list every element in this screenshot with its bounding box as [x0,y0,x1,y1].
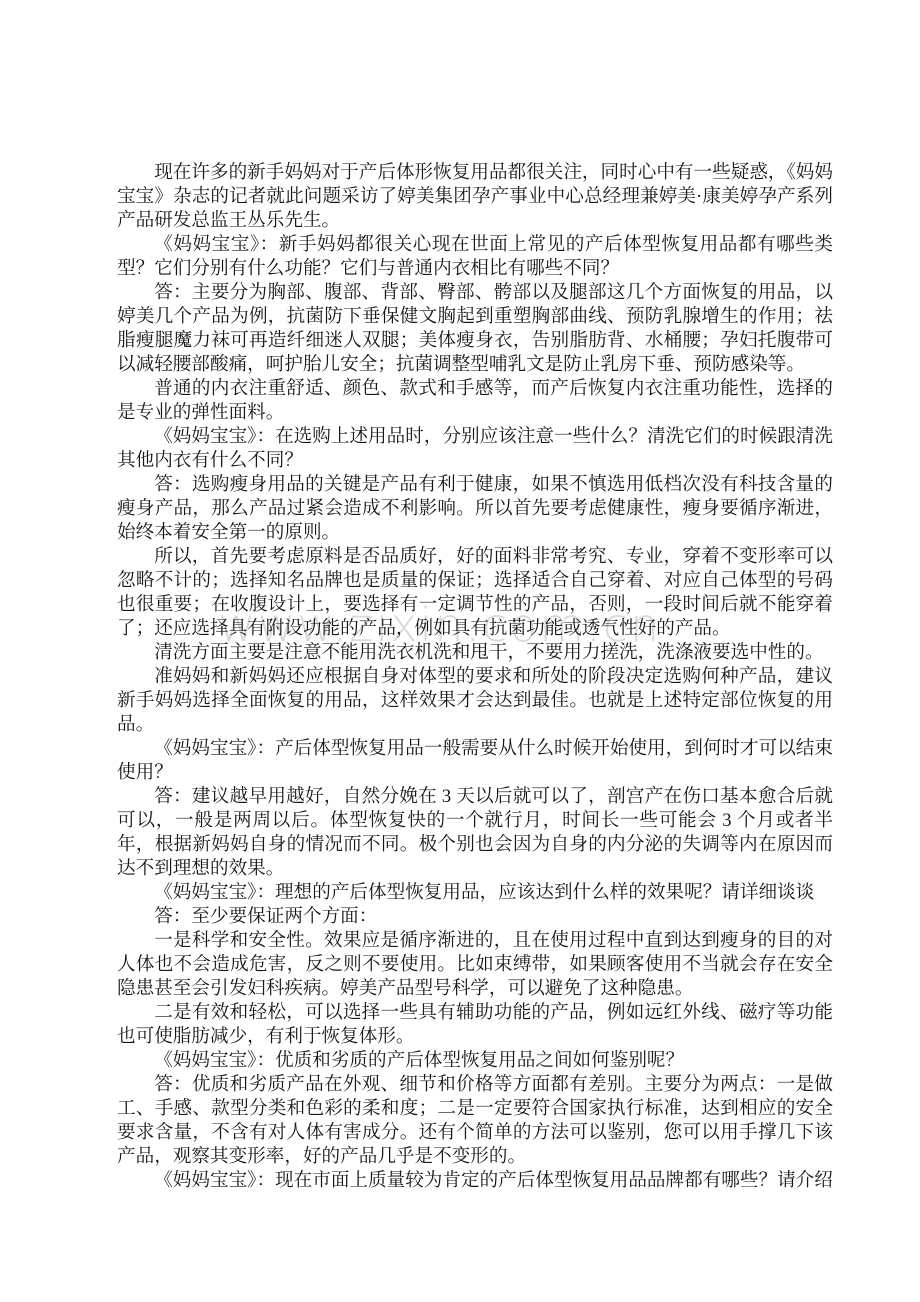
paragraph-answer-3: 答：建议越早用越好，自然分娩在 3 天以后就可以了，剖宫产在伤口基本愈合后就可以… [117,785,833,881]
paragraph-question-1: 《妈妈宝宝》：新手妈妈都很关心现在世面上常见的产后体型恢复用品都有哪些类型？它们… [117,233,833,281]
paragraph-answer-4b: 一是科学和安全性。效果应是循序渐进的，且在使用过程中直到达到瘦身的目的对人体也不… [117,929,833,1001]
paragraph-answer-1: 答：主要分为胸部、腹部、背部、臀部、骻部以及腿部这几个方面恢复的用品，以婷美几个… [117,281,833,377]
document-page: www.zixin.com.cn 现在许多的新手妈妈对于产后体形恢复用品都很关注… [0,0,920,1302]
paragraph-answer-4c: 二是有效和轻松，可以选择一些具有辅助功能的产品，例如远红外线、磁疗等功能也可使脂… [117,1001,833,1049]
paragraph-answer-2: 答：选购瘦身用品的关键是产品有利于健康，如果不慎选用低档次没有科技含量的瘦身产品… [117,473,833,545]
paragraph-question-2: 《妈妈宝宝》：在选购上述用品时，分别应该注意一些什么？清洗它们的时候跟清洗其他内… [117,425,833,473]
paragraph-question-6: 《妈妈宝宝》：现在市面上质量较为肯定的产后体型恢复用品品牌都有哪些？请介绍 [117,1169,833,1193]
document-body: 现在许多的新手妈妈对于产后体形恢复用品都很关注，同时心中有一些疑惑，《妈妈宝宝》… [117,161,833,1193]
paragraph-answer-2d: 准妈妈和新妈妈还应根据自身对体型的要求和所处的阶段决定选购何种产品，建议新手妈妈… [117,665,833,737]
paragraph-answer-4: 答：至少要保证两个方面： [117,905,833,929]
paragraph-question-5: 《妈妈宝宝》：优质和劣质的产后体型恢复用品之间如何鉴别呢？ [117,1049,833,1073]
paragraph-answer-2b: 所以，首先要考虑原料是否品质好，好的面料非常考究、专业，穿着不变形率可以忽略不计… [117,545,833,641]
paragraph-answer-2c: 清洗方面主要是注意不能用洗衣机洗和甩干，不要用力搓洗，洗涤液要选中性的。 [117,641,833,665]
paragraph-question-3: 《妈妈宝宝》：产后体型恢复用品一般需要从什么时候开始使用，到何时才可以结束使用？ [117,737,833,785]
paragraph-answer-5: 答：优质和劣质产品在外观、细节和价格等方面都有差别。主要分为两点：一是做工、手感… [117,1073,833,1169]
paragraph-question-4: 《妈妈宝宝》：理想的产后体型恢复用品，应该达到什么样的效果呢？请详细谈谈 [117,881,833,905]
paragraph-answer-1b: 普通的内衣注重舒适、颜色、款式和手感等，而产后恢复内衣注重功能性，选择的是专业的… [117,377,833,425]
paragraph-intro: 现在许多的新手妈妈对于产后体形恢复用品都很关注，同时心中有一些疑惑，《妈妈宝宝》… [117,161,833,233]
